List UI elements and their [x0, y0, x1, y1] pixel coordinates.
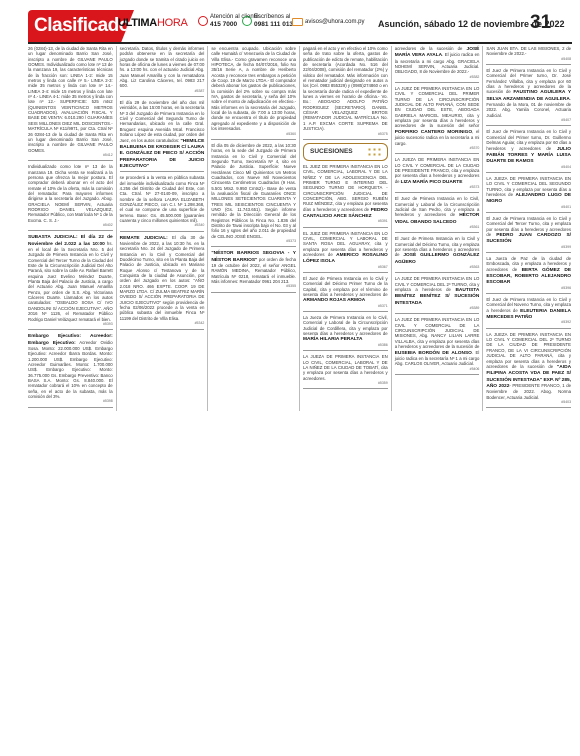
ad-text: Acreedor Ovidio Sosa. Monto: 22.000.000 …: [28, 340, 113, 399]
ad-code: #5406: [395, 367, 480, 372]
ad-code: #5401: [486, 205, 571, 210]
ad-text: acreedores de la sucesión de: [395, 46, 467, 51]
column-3: se encuentra ocupado. Ubicación sobre ca…: [211, 46, 300, 411]
ad-code: #5412: [28, 153, 113, 158]
ad-text: se encuentra ocupado. Ubicación sobre ca…: [211, 46, 296, 131]
ad-code: #5387: [120, 89, 205, 94]
logo-hora: HORA: [157, 17, 188, 29]
ad-text: El día 30 de Noviembre de 2022, a las 10…: [120, 235, 205, 321]
ad-code: #5386: [303, 343, 388, 348]
contact-whatsapp: Escríbenos al0981 111 013: [242, 14, 293, 28]
ad-text: se procederá a la venta en pública subas…: [120, 175, 205, 223]
ad-highlight: SUBASTA JUDICIAL: El día 22 de Noviembre…: [28, 235, 113, 246]
ad-code: #5382: [395, 75, 480, 80]
ad-code: #5340: [120, 223, 205, 228]
classified-ad: secretaría. Datos, títulos y demás infor…: [120, 46, 205, 97]
ad-code: #5398: [28, 399, 113, 404]
classified-ad: "NÉSTOR BARRIOS SEGOVIA - Y NÉSTOR BARRI…: [211, 250, 296, 292]
classified-ad: El Juez de Primera Instancia en lo Civil…: [395, 236, 480, 273]
ad-text: Individualizado como lote nº 13 de la ma…: [28, 164, 113, 222]
ad-code: #5396: [486, 286, 571, 291]
ad-code: #5389: [395, 306, 480, 311]
ad-highlight: LIZA MARÍA PICO DUARTE: [401, 180, 463, 185]
contact-email[interactable]: avisos@uhora.com.py: [292, 18, 364, 26]
ad-text: SAN JUAN BTA. DE LAS MISIONES, 2 de Novi…: [486, 46, 571, 56]
phone-icon: [198, 16, 208, 26]
ad-code: #5359: [303, 381, 388, 386]
ad-code: #5402: [28, 223, 113, 228]
classified-ad: El día 05 de diciembre de 2022, a las 10…: [211, 143, 296, 248]
ad-code: #5371: [303, 304, 388, 309]
ad-text: 26 (0284)-13, de la ciudad de Santa Rita…: [28, 46, 113, 153]
ad-code: #5393: [28, 322, 113, 327]
column-1: 26 (0284)-13, de la ciudad de Santa Rita…: [28, 46, 117, 411]
email-address: avisos@uhora.com.py: [305, 19, 364, 26]
ad-code: #5363: [395, 265, 480, 270]
ad-text: LA JUEZA DE PRIMERA INSTANCIA EN LO CIVI…: [303, 354, 388, 380]
section-header-sucesiones: SUCESIONES: [303, 143, 388, 161]
classified-ad: pagará en el acto y en efectivo el 10% c…: [303, 46, 388, 140]
ad-highlight: PORFIRIO CANTERO MORINIGO: [395, 130, 472, 135]
ad-code: #5361: [395, 225, 480, 230]
classified-ad: El Juez de Primera Instancia en lo Civil…: [486, 68, 571, 126]
classified-ad: El Juez de Primera Instancia en lo Civil…: [486, 129, 571, 172]
ad-text: El día 29 de noviembre del año dos mil v…: [120, 100, 205, 142]
classified-ad: se procederá a la venta en pública subas…: [120, 175, 205, 231]
ad-highlight: PEDRO JUAN CARDOZO S/ SUCESIÓN: [486, 233, 571, 244]
ad-text: El día 05 de diciembre de 2022, a las 10…: [211, 143, 296, 239]
ad-code: #5373: [211, 239, 296, 244]
logo-ultima: ULTIMA: [118, 17, 157, 29]
classified-ad: SUBASTA JUDICIAL: El día 22 de Noviembre…: [28, 234, 113, 330]
ad-code: #5392: [486, 320, 571, 325]
classified-ad: El día 29 de noviembre del año dos mil v…: [120, 100, 205, 172]
ad-code: #5404: [486, 165, 571, 170]
classified-ad: El Juez de Primera Instancia en lo Civil…: [303, 276, 388, 312]
classified-ad: acreedores de la sucesión de JOSÉ MARÍA …: [395, 46, 480, 83]
ad-code: #5367: [303, 265, 388, 270]
ad-code: #5373: [395, 185, 480, 190]
page-number: 31: [530, 12, 551, 34]
ad-text: El Juez de Primera Instancia en lo Civil…: [303, 276, 388, 297]
classified-ad: LA JUEZA DE PRIMERA INSTANCIA EN LO CIVI…: [486, 332, 571, 408]
ad-text: secretaría. Datos, títulos y demás infor…: [120, 46, 205, 88]
contact-value: 0981 111 013: [254, 21, 293, 28]
dots-icon: [367, 147, 381, 157]
ad-highlight: "HEMILCE BALBUENA DE KROEGER C/ LAURA E.…: [120, 139, 205, 169]
ad-highlight: REMATE JUDICIAL:: [120, 236, 168, 241]
ad-text: LA JUEZ DE PRIMERA INSTANCIA EN LO CIVIL…: [395, 317, 480, 349]
classified-ad: El Juez de Primera Instancia en lo Civil…: [486, 297, 571, 329]
ad-code: #5360: [211, 132, 296, 137]
ad-highlight: JOSÉ GUILLERMO GONZÁLEZ AGÜERO: [395, 253, 480, 264]
classified-ad: El Juez de Primera Instancia en lo Civil…: [395, 196, 480, 233]
classified-ad: LA JUEZA DE PRIMERA INSTANCIA EN LO CIVI…: [303, 354, 388, 389]
ad-code: #5408: [486, 57, 571, 62]
newspaper-logo: ULTIMAHORA: [118, 17, 188, 29]
ad-text: EL JUEZ DE PRIMERA INSTANCIA EN LO CIVIL…: [303, 164, 388, 212]
page-header: Clasificados ULTIMAHORA Atención al clie…: [0, 8, 580, 44]
ad-text: LA JUEZ DE PRIMERA INSTANCIA EN LO CIVIL…: [395, 86, 480, 128]
ad-code: #5370: [395, 146, 480, 151]
classified-ad: Individualizado como lote nº 13 de la ma…: [28, 164, 113, 231]
classified-ad: La Jueza de Primera Instancia en lo Civi…: [303, 315, 388, 351]
ad-code: #5342: [120, 321, 205, 326]
classified-ad: se encuentra ocupado. Ubicación sobre ca…: [211, 46, 296, 140]
ad-highlight: EUSEBIA BORDÓN DE ALONSO: [395, 351, 472, 356]
ad-code: #5391: [303, 219, 388, 224]
classified-ad: EL JUEZ DE PRIMERA INSTANCIA EN LO CIVIL…: [303, 231, 388, 273]
ad-code: #5407: [486, 118, 571, 123]
ad-code: #5399: [486, 245, 571, 250]
ad-code: #5375: [303, 132, 388, 137]
ad-highlight: MARÍA HILARIA PERALTA: [303, 337, 362, 342]
classified-ad: La Jueza de Paz de la ciudad de Emboscad…: [486, 256, 571, 294]
ad-highlight: ARMANDO ROJAS ARMOA: [303, 298, 365, 303]
classified-ad: 26 (0284)-13, de la ciudad de Santa Rita…: [28, 46, 113, 161]
contact-label: Escríbenos al: [254, 14, 293, 21]
whatsapp-icon: [242, 16, 252, 26]
ad-text: pagará en el acto y en efectivo el 10% c…: [303, 46, 388, 131]
ad-text: LA JUEZA DE PRIMERA INSTANCIA EN LO CIVI…: [486, 332, 571, 369]
classified-ad: LA JUEZ DE PRIMERA INSTANCIA EN LO CIVIL…: [395, 317, 480, 374]
classified-ad: EL JUEZ DE PRIMERA INSTANCIA EN LO CIVIL…: [303, 164, 388, 228]
classified-ad: Embargo Ejecutivo: Acreedor: Embargo Eje…: [28, 333, 113, 407]
classified-ad: REMATE JUDICIAL: El día 30 de Noviembre …: [120, 235, 205, 330]
classified-ad: SAN JUAN BTA. DE LAS MISIONES, 2 de Novi…: [486, 46, 571, 65]
classified-ad: El Juez de Primera Instancia en lo Civil…: [486, 216, 571, 253]
classified-ad: LA JUEZ DE PRIMERA INSTANCIA EN LO CIVIL…: [395, 86, 480, 154]
column-6: SAN JUAN BTA. DE LAS MISIONES, 2 de Novi…: [486, 46, 574, 411]
mail-icon: [292, 18, 303, 26]
ad-code: #5355: [211, 284, 296, 289]
ad-code: #5403: [486, 400, 571, 405]
ad-text: hs. en el local de la Secretaría Nro. 5 …: [28, 241, 113, 322]
section-label: SUCESIONES: [310, 149, 353, 154]
column-4: pagará en el acto y en efectivo el 10% c…: [303, 46, 392, 411]
classified-ad: LA JUEZA DE PRIMERA INSTANCIA EN LO CIVI…: [395, 157, 480, 193]
classifieds-columns: 26 (0284)-13, de la ciudad de Santa Rita…: [28, 46, 574, 411]
column-2: secretaría. Datos, títulos y demás infor…: [120, 46, 209, 411]
column-5: acreedores de la sucesión de JOSÉ MARÍA …: [395, 46, 484, 411]
classified-ad: LA JUEZA DE PRIMERA INSTANCIA EN LO CIVI…: [486, 176, 571, 213]
classified-ad: LA JUEZ DE PRIMERA INSTANCIA EN LO CIVIL…: [395, 276, 480, 314]
header-rule: [28, 42, 572, 44]
ad-text: La Jueza de Primera Instancia en lo Civi…: [303, 315, 388, 336]
